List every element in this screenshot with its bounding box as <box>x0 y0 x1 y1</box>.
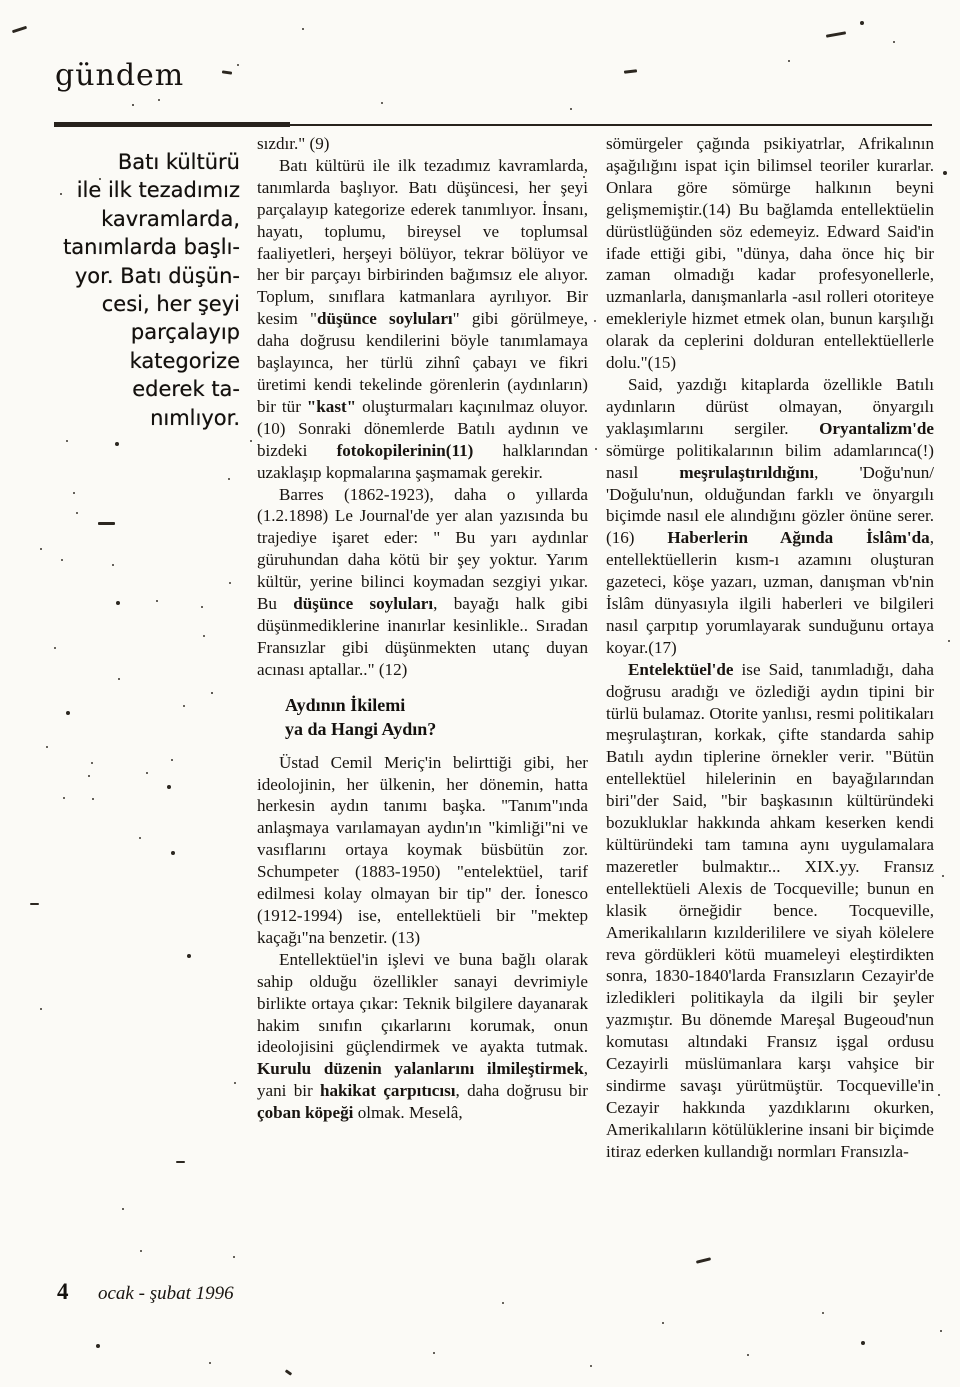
scan-mark <box>624 69 637 73</box>
section-label: gündem <box>55 58 184 93</box>
pull-quote: Batı kültürü ile ilk tezadımız kavramlar… <box>28 148 240 432</box>
subheading-line: Aydının İkilemi <box>285 693 588 717</box>
scan-mark <box>222 70 232 74</box>
paragraph: Barres (1862-1923), daha o yıllarda (1.2… <box>257 484 588 681</box>
article-subheading: Aydının İkilemi ya da Hangi Aydın? <box>285 693 588 741</box>
pull-quote-line: cesi, her şeyi <box>28 290 240 318</box>
pull-quote-line: ile ilk tezadımız <box>28 176 240 204</box>
scan-mark <box>285 1369 292 1375</box>
scan-mark <box>826 31 846 37</box>
pull-quote-line: yor. Batı düşün- <box>28 262 240 290</box>
subheading-line: ya da Hangi Aydın? <box>285 717 588 741</box>
scan-noise <box>0 0 2 2</box>
article-column-right: sömürgeler çağında psikiyatrlar, Afrikal… <box>606 133 934 1163</box>
paragraph: sömürgeler çağında psikiyatrlar, Afrikal… <box>606 133 934 374</box>
paragraph: Said, yazdığı kitaplarda özellikle Batıl… <box>606 374 934 659</box>
pull-quote-line: kategorize <box>28 347 240 375</box>
issue-date: ocak - şubat 1996 <box>98 1283 234 1305</box>
scan-mark <box>176 1161 185 1163</box>
paragraph: sızdır." (9) <box>257 133 588 155</box>
pull-quote-line: tanımlarda başlı- <box>28 233 240 261</box>
pull-quote-line: kavramlarda, <box>28 205 240 233</box>
scan-mark <box>30 903 39 905</box>
magazine-page: gündem Batı kültürü ile ilk tezadımız ka… <box>0 0 960 1387</box>
scan-mark <box>12 26 27 33</box>
pull-quote-line: ederek ta- <box>28 375 240 403</box>
pull-quote-line: nımlıyor. <box>28 404 240 432</box>
paragraph: Batı kültürü ile ilk tezadımız kavramlar… <box>257 155 588 484</box>
article-column-middle: sızdır." (9) Batı kültürü ile ilk tezadı… <box>257 133 588 1124</box>
paragraph: Entelektüel'de ise Said, tanımladığı, da… <box>606 659 934 1163</box>
paragraph: Üstad Cemil Meriç'in belirttiği gibi, he… <box>257 752 588 949</box>
pull-quote-line: parçalayıp <box>28 318 240 346</box>
scan-mark <box>98 522 115 525</box>
header-rule <box>54 124 932 126</box>
scan-mark <box>696 1257 711 1264</box>
page-number: 4 <box>57 1279 69 1305</box>
paragraph: Entellektüel'in işlevi ve buna bağlı ola… <box>257 949 588 1124</box>
pull-quote-line: Batı kültürü <box>28 148 240 176</box>
